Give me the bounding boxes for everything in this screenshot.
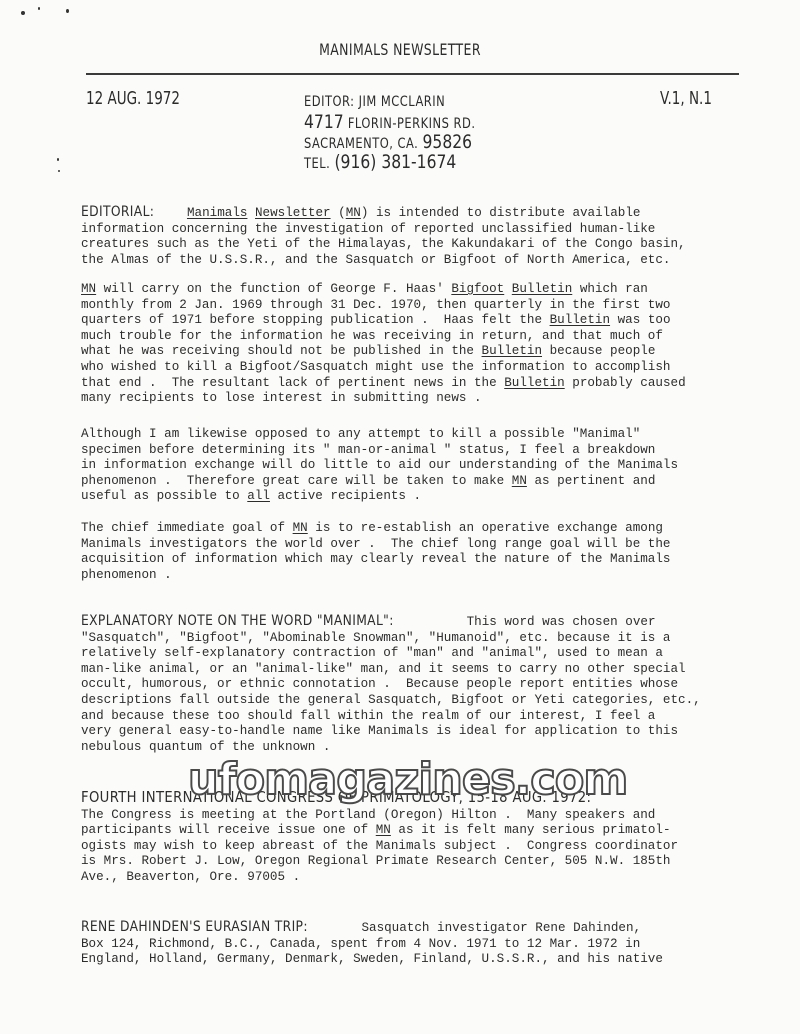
newsletter-title: MANIMALS NEWSLETTER [88, 40, 712, 59]
explanatory-heading: EXPLANATORY NOTE ON THE WORD "MANIMAL": [81, 614, 394, 630]
dahinden-section: RENE DAHINDEN'S EURASIAN TRIP: Sasquatch… [81, 920, 761, 968]
scan-speck [21, 11, 25, 15]
editorial-heading: EDITORIAL: [81, 205, 154, 221]
editorial-paragraph-3: Although I am likewise opposed to any at… [81, 427, 761, 505]
editorial-paragraph-1: EDITORIAL: Manimals Newsletter (MN) is i… [81, 205, 761, 268]
editor-name: EDITOR: JIM MCCLARIN [304, 92, 475, 112]
editorial-paragraph-2: MN will carry on the function of George … [81, 282, 761, 407]
scan-speck [38, 7, 40, 10]
issue-date: 12 AUG. 1972 [86, 88, 180, 109]
scan-speck [58, 170, 60, 172]
editor-phone: TEL. (916) 381-1674 [304, 152, 475, 172]
explanatory-note-section: EXPLANATORY NOTE ON THE WORD "MANIMAL": … [81, 614, 761, 755]
editor-city: SACRAMENTO, CA. 95826 [304, 132, 475, 152]
dahinden-heading: RENE DAHINDEN'S EURASIAN TRIP: [81, 920, 308, 936]
editor-contact-block: EDITOR: JIM MCCLARIN 4717 FLORIN-PERKINS… [304, 92, 475, 172]
editorial-paragraph-4: The chief immediate goal of MN is to re-… [81, 521, 761, 583]
editor-address: 4717 FLORIN-PERKINS RD. [304, 112, 475, 132]
volume-number: V.1, N.1 [660, 88, 712, 109]
scan-speck [57, 158, 59, 161]
watermark: ufomagazines.com [188, 754, 627, 805]
scan-speck [66, 9, 69, 13]
header-rule [86, 73, 739, 75]
